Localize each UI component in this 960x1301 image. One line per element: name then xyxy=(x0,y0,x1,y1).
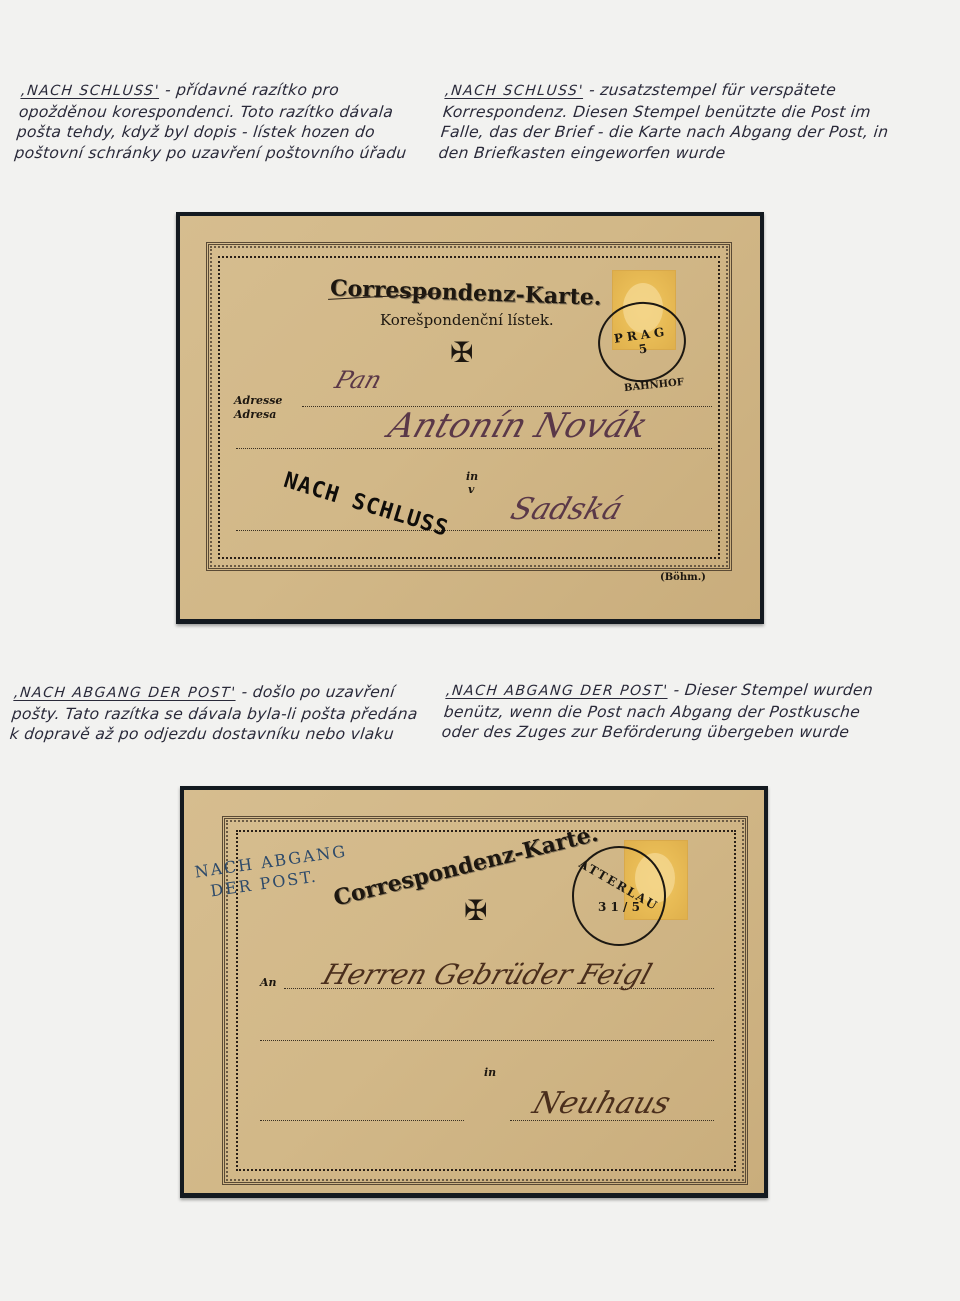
postcard-mount-1: Correspondenz-Karte. Korešpondenční líst… xyxy=(176,212,764,624)
card-subtitle: Korešpondenční lístek. xyxy=(380,311,554,329)
note-heading: ‚NACH ABGANG DER POST' xyxy=(445,683,669,699)
address-label-cs: Adresa xyxy=(234,408,276,421)
region-note: (Böhm.) xyxy=(660,572,706,583)
note-heading: ‚NACH SCHLUSS' xyxy=(20,83,160,99)
address-line-2 xyxy=(236,448,712,449)
handwritten-salutation: Pan xyxy=(331,366,385,394)
address-line-3a xyxy=(260,1120,464,1121)
handwritten-town: Sadská xyxy=(506,492,626,527)
eagle-emblem-icon: ✠ xyxy=(450,336,473,369)
note-heading: ‚NACH SCHLUSS' xyxy=(444,83,584,99)
postcard-2: Correspondenz-Karte. ✠ ATTERLAU 3 1 / 5 … xyxy=(184,790,764,1193)
address-line-3 xyxy=(236,530,712,531)
postmark-atterlau: ATTERLAU 3 1 / 5 xyxy=(572,846,666,946)
in-label: in xyxy=(484,1066,496,1079)
eagle-emblem-icon: ✠ xyxy=(464,894,487,927)
note-heading: ‚NACH ABGANG DER POST' xyxy=(13,685,237,701)
in-label: in xyxy=(466,470,478,483)
handwritten-town: Neuhaus xyxy=(528,1086,675,1121)
postcard-1: Correspondenz-Karte. Korešpondenční líst… xyxy=(180,216,760,619)
address-line-2 xyxy=(260,1040,714,1041)
note-nach-abgang-de: ‚NACH ABGANG DER POST' - Dieser Stempel … xyxy=(441,680,898,743)
an-label: An xyxy=(260,976,277,989)
note-nach-schluss-de: ‚NACH SCHLUSS' - zusatzstempel für versp… xyxy=(438,80,897,163)
note-nach-schluss-cs: ‚NACH SCHLUSS' - přídavné razítko pro op… xyxy=(14,80,423,163)
note-nach-abgang-cs: ‚NACH ABGANG DER POST' - došlo po uzavře… xyxy=(9,682,426,745)
handwritten-recipient: Herren Gebrüder Feigl xyxy=(319,958,656,991)
v-label: v xyxy=(468,483,474,496)
postcard-mount-2: Correspondenz-Karte. ✠ ATTERLAU 3 1 / 5 … xyxy=(180,786,768,1198)
handwritten-name: Antonín Novák xyxy=(384,406,653,446)
address-label-de: Adresse xyxy=(234,394,282,407)
